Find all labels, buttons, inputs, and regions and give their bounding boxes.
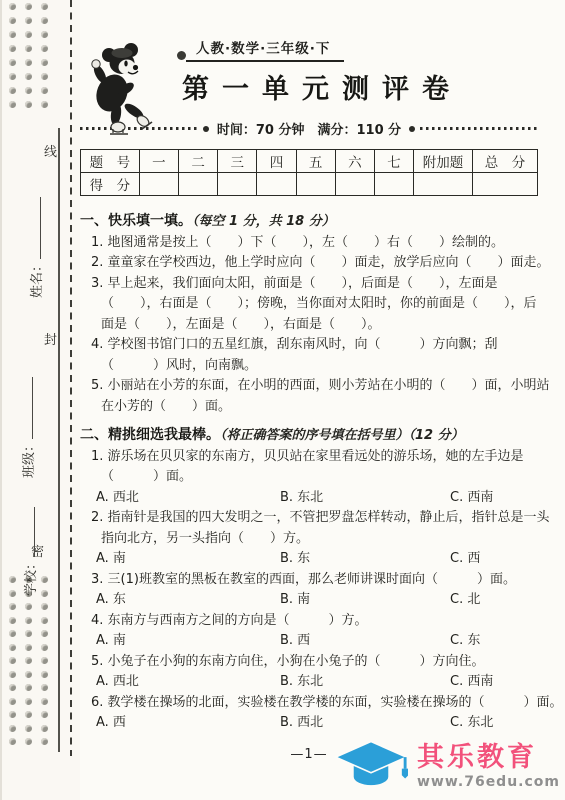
binding-hole-dot: [25, 630, 32, 637]
binding-hole-dot: [41, 617, 48, 624]
binding-hole-dot: [41, 59, 48, 66]
question-line: 面是（ ），左面是（ ），右面是（ ）。: [80, 315, 538, 336]
binding-hole-dot: [9, 684, 16, 691]
binding-hole-dot: [41, 657, 48, 664]
binding-hole-dot: [9, 738, 16, 745]
score-table-value-cell: [335, 173, 374, 196]
binding-hole-dot: [25, 657, 32, 664]
score-table-header-cell: 一: [139, 150, 178, 173]
binding-hole-dot: [41, 738, 48, 745]
score-table-header-cell: 总 分: [472, 150, 537, 173]
question-line: 在小芳的（ ）面。: [80, 397, 538, 418]
binding-hole-dot: [9, 101, 16, 108]
logo-website-url: www.76edu.com: [417, 775, 560, 790]
binding-hole-dot: [25, 711, 32, 718]
score-table-header-cell: 四: [257, 150, 296, 173]
option-C: C. 东: [450, 631, 538, 652]
section-note: （将正确答案的序号填在括号里）（12 分）: [220, 428, 464, 443]
question-line: 3. 三(1)班教室的黑板在教室的西面，那么老师讲课时面向（ ）面。: [80, 570, 538, 591]
seal-char-xian: 线: [44, 140, 57, 161]
options-row: A. 南B. 东C. 西: [80, 549, 538, 570]
options-row: A. 东B. 南C. 北: [80, 590, 538, 611]
binding-hole-dot: [41, 31, 48, 38]
question-line: （ ）面。: [80, 467, 538, 488]
binding-hole-dot: [25, 738, 32, 745]
binding-hole-dot: [9, 671, 16, 678]
question-line: 1. 游乐场在贝贝家的东南方，贝贝站在家里看远处的游乐场，她的左手边是: [80, 447, 538, 468]
question-line: 2. 指南针是我国的四大发明之一，不管把罗盘怎样转动，静止后，指针总是一头: [80, 508, 538, 529]
binding-hole-dot: [25, 87, 32, 94]
question-line: （ ）风时，向南飘。: [80, 356, 538, 377]
binding-holes-bottom: [9, 576, 57, 752]
section-title: 一、快乐填一填。: [80, 213, 192, 229]
school-field: 学校：: [20, 507, 39, 596]
series-label: 人教·数学·三年级·下: [186, 37, 344, 62]
option-C: C. 西南: [450, 672, 538, 693]
seal-margin-rail: 线 封 密 姓名： 班级： 学校：: [0, 0, 80, 800]
question-line: 2. 童童家在学校西边，他上学时应向（ ）面走，放学后应向（ ）面走。: [80, 253, 538, 274]
score-table-value-cell: 得 分: [81, 173, 140, 196]
binding-hole-dot: [25, 725, 32, 732]
binding-hole-dot: [25, 698, 32, 705]
binding-hole-dot: [41, 73, 48, 80]
score-table-header-cell: 题 号: [81, 150, 140, 173]
binding-hole-dot: [41, 17, 48, 24]
question-line: 6. 教学楼在操场的北面，实验楼在教学楼的东面，实验楼在操场的（ ）面。: [80, 693, 538, 714]
binding-hole-dot: [9, 576, 16, 583]
binding-hole-dot: [25, 31, 32, 38]
binding-hole-dot: [9, 590, 16, 597]
binding-hole-dot: [41, 671, 48, 678]
binding-hole-dot: [25, 617, 32, 624]
score-table-header-cell: 附加题: [414, 150, 473, 173]
section-note: （每空 1 分，共 18 分）: [192, 214, 335, 229]
options-row: A. 西北B. 东北C. 西南: [80, 672, 538, 693]
binding-hole-dot: [9, 603, 16, 610]
score-table-value-cell: [472, 173, 537, 196]
binding-hole-dot: [9, 725, 16, 732]
binding-hole-dot: [9, 45, 16, 52]
binding-hole-dot: [41, 87, 48, 94]
school-field-label: 学校：: [24, 557, 39, 596]
binding-hole-dot: [25, 45, 32, 52]
binding-hole-dot: [25, 671, 32, 678]
time-info: 时间：70 分钟 满分：110 分: [214, 119, 404, 138]
binding-hole-dot: [41, 101, 48, 108]
binding-hole-dot: [41, 698, 48, 705]
binding-hole-dot: [25, 73, 32, 80]
score-table-header-cell: 五: [296, 150, 335, 173]
binding-hole-dot: [9, 617, 16, 624]
binding-hole-dot: [25, 684, 32, 691]
option-C: C. 西南: [450, 488, 538, 509]
question-line: 5. 小兔子在小狗的东南方向住，小狗在小兔子的（ ）方向住。: [80, 652, 538, 673]
name-field-label: 姓名：: [30, 259, 45, 298]
option-B: B. 东北: [280, 488, 450, 509]
binding-hole-dot: [9, 698, 16, 705]
school-blank-line: [23, 507, 35, 557]
binding-hole-dot: [9, 87, 16, 94]
binding-hole-dot: [41, 711, 48, 718]
paper-content: 人教·数学·三年级·下 第一单元测评卷 时间：70 分钟 满分：110 分 题 …: [80, 0, 538, 762]
question-line: 3. 早上起来，我们面向太阳，前面是（ ），后面是（ ），左面是: [80, 274, 538, 295]
seal-line: [58, 128, 60, 752]
paper-title: 第一单元测评卷: [182, 74, 538, 106]
binding-hole-dot: [41, 45, 48, 52]
seal-char-feng: 封: [44, 328, 57, 349]
score-table-value-cell: [374, 173, 413, 196]
binding-hole-dot: [25, 101, 32, 108]
logo-brand-name: 其乐教育: [417, 744, 560, 772]
binding-hole-dot: [25, 17, 32, 24]
scanned-test-paper: { "page": { "series_label": "人教·数学·三年级·下…: [0, 0, 565, 800]
question-line: 5. 小丽站在小芳的东面，在小明的西面，则小芳站在小明的（ ）面，小明站: [80, 376, 538, 397]
option-A: A. 西: [96, 713, 280, 734]
binding-hole-dot: [41, 644, 48, 651]
binding-hole-dot: [41, 725, 48, 732]
option-A: A. 西北: [96, 488, 280, 509]
binding-hole-dot: [41, 576, 48, 583]
fold-dashed-line: [70, 0, 72, 756]
score-table-header-cell: 六: [335, 150, 374, 173]
question-sections: 一、快乐填一填。（每空 1 分，共 18 分）1. 地图通常是按上（ ）下（ ）…: [80, 211, 538, 734]
binding-hole-dot: [25, 59, 32, 66]
score-table-header-cell: 七: [374, 150, 413, 173]
option-A: A. 南: [96, 631, 280, 652]
section-heading: 一、快乐填一填。（每空 1 分，共 18 分）: [80, 211, 538, 233]
question-line: （ ），右面是（ ）；傍晚，当你面对太阳时，你的前面是（ ），后: [80, 294, 538, 315]
section-1: 一、快乐填一填。（每空 1 分，共 18 分）1. 地图通常是按上（ ）下（ ）…: [80, 211, 538, 417]
class-field-label: 班级：: [22, 439, 37, 478]
binding-hole-dot: [41, 590, 48, 597]
binding-hole-dot: [41, 603, 48, 610]
binding-hole-dot: [9, 31, 16, 38]
series-bullet-icon: [177, 51, 186, 60]
question-line: 指向北方，另一头指向（ ）方。: [80, 529, 538, 550]
binding-hole-dot: [9, 3, 16, 10]
bullet-icon: [409, 126, 415, 132]
binding-hole-dot: [9, 644, 16, 651]
binding-hole-dot: [25, 644, 32, 651]
name-blank-line: [29, 197, 41, 259]
score-table-header-cell: 三: [218, 150, 257, 173]
binding-hole-dot: [9, 17, 16, 24]
binding-hole-dot: [9, 59, 16, 66]
section-title: 二、精挑细选我最棒。: [80, 427, 220, 443]
option-B: B. 西: [280, 631, 450, 652]
class-field: 班级：: [18, 377, 37, 478]
score-table-value-cell: [414, 173, 473, 196]
option-C: C. 北: [450, 590, 538, 611]
binding-hole-dot: [9, 657, 16, 664]
score-table-header-cell: 二: [178, 150, 217, 173]
binding-hole-dot: [25, 603, 32, 610]
score-table-value-cell: [178, 173, 217, 196]
score-table-value-cell: [257, 173, 296, 196]
name-field: 姓名：: [26, 197, 45, 298]
binding-hole-dot: [9, 711, 16, 718]
binding-hole-dot: [9, 73, 16, 80]
mascot-skating-mouse-illustration: [82, 42, 154, 138]
options-row: A. 西B. 西北C. 东北: [80, 713, 538, 734]
options-row: A. 西北B. 东北C. 西南: [80, 488, 538, 509]
option-B: B. 东: [280, 549, 450, 570]
class-blank-line: [21, 377, 33, 439]
graduation-cap-icon: [334, 739, 408, 795]
option-B: B. 西北: [280, 713, 450, 734]
option-C: C. 西: [450, 549, 538, 570]
question-line: 4. 东南方与西南方之间的方向是（ ）方。: [80, 611, 538, 632]
question-line: 1. 地图通常是按上（ ）下（ ），左（ ）右（ ）绘制的。: [80, 233, 538, 254]
option-A: A. 西北: [96, 672, 280, 693]
option-B: B. 东北: [280, 672, 450, 693]
score-table-value-cell: [296, 173, 335, 196]
option-C: C. 东北: [450, 713, 538, 734]
series-header: 人教·数学·三年级·下: [177, 37, 538, 62]
binding-hole-dot: [41, 630, 48, 637]
section-heading: 二、精挑细选我最棒。（将正确答案的序号填在括号里）（12 分）: [80, 425, 538, 447]
binding-hole-dot: [41, 3, 48, 10]
options-row: A. 南B. 西C. 东: [80, 631, 538, 652]
dotted-leader-right: [420, 127, 538, 130]
binding-hole-dot: [9, 630, 16, 637]
option-A: A. 南: [96, 549, 280, 570]
score-table-value-cell: [218, 173, 257, 196]
section-2: 二、精挑细选我最棒。（将正确答案的序号填在括号里）（12 分）1. 游乐场在贝贝…: [80, 425, 538, 734]
bullet-icon: [203, 126, 209, 132]
score-table: 题 号一二三四五六七附加题总 分得 分: [80, 149, 538, 196]
option-B: B. 南: [280, 590, 450, 611]
binding-hole-dot: [41, 684, 48, 691]
option-A: A. 东: [96, 590, 280, 611]
score-table-value-cell: [139, 173, 178, 196]
publisher-logo: 其乐教育 www.76edu.com: [334, 739, 560, 795]
logo-text-block: 其乐教育 www.76edu.com: [417, 744, 560, 789]
question-line: 4. 学校图书馆门口的五星红旗，刮东南风时，向（ ）方向飘；刮: [80, 335, 538, 356]
binding-holes-top: [9, 3, 57, 115]
binding-hole-dot: [25, 3, 32, 10]
